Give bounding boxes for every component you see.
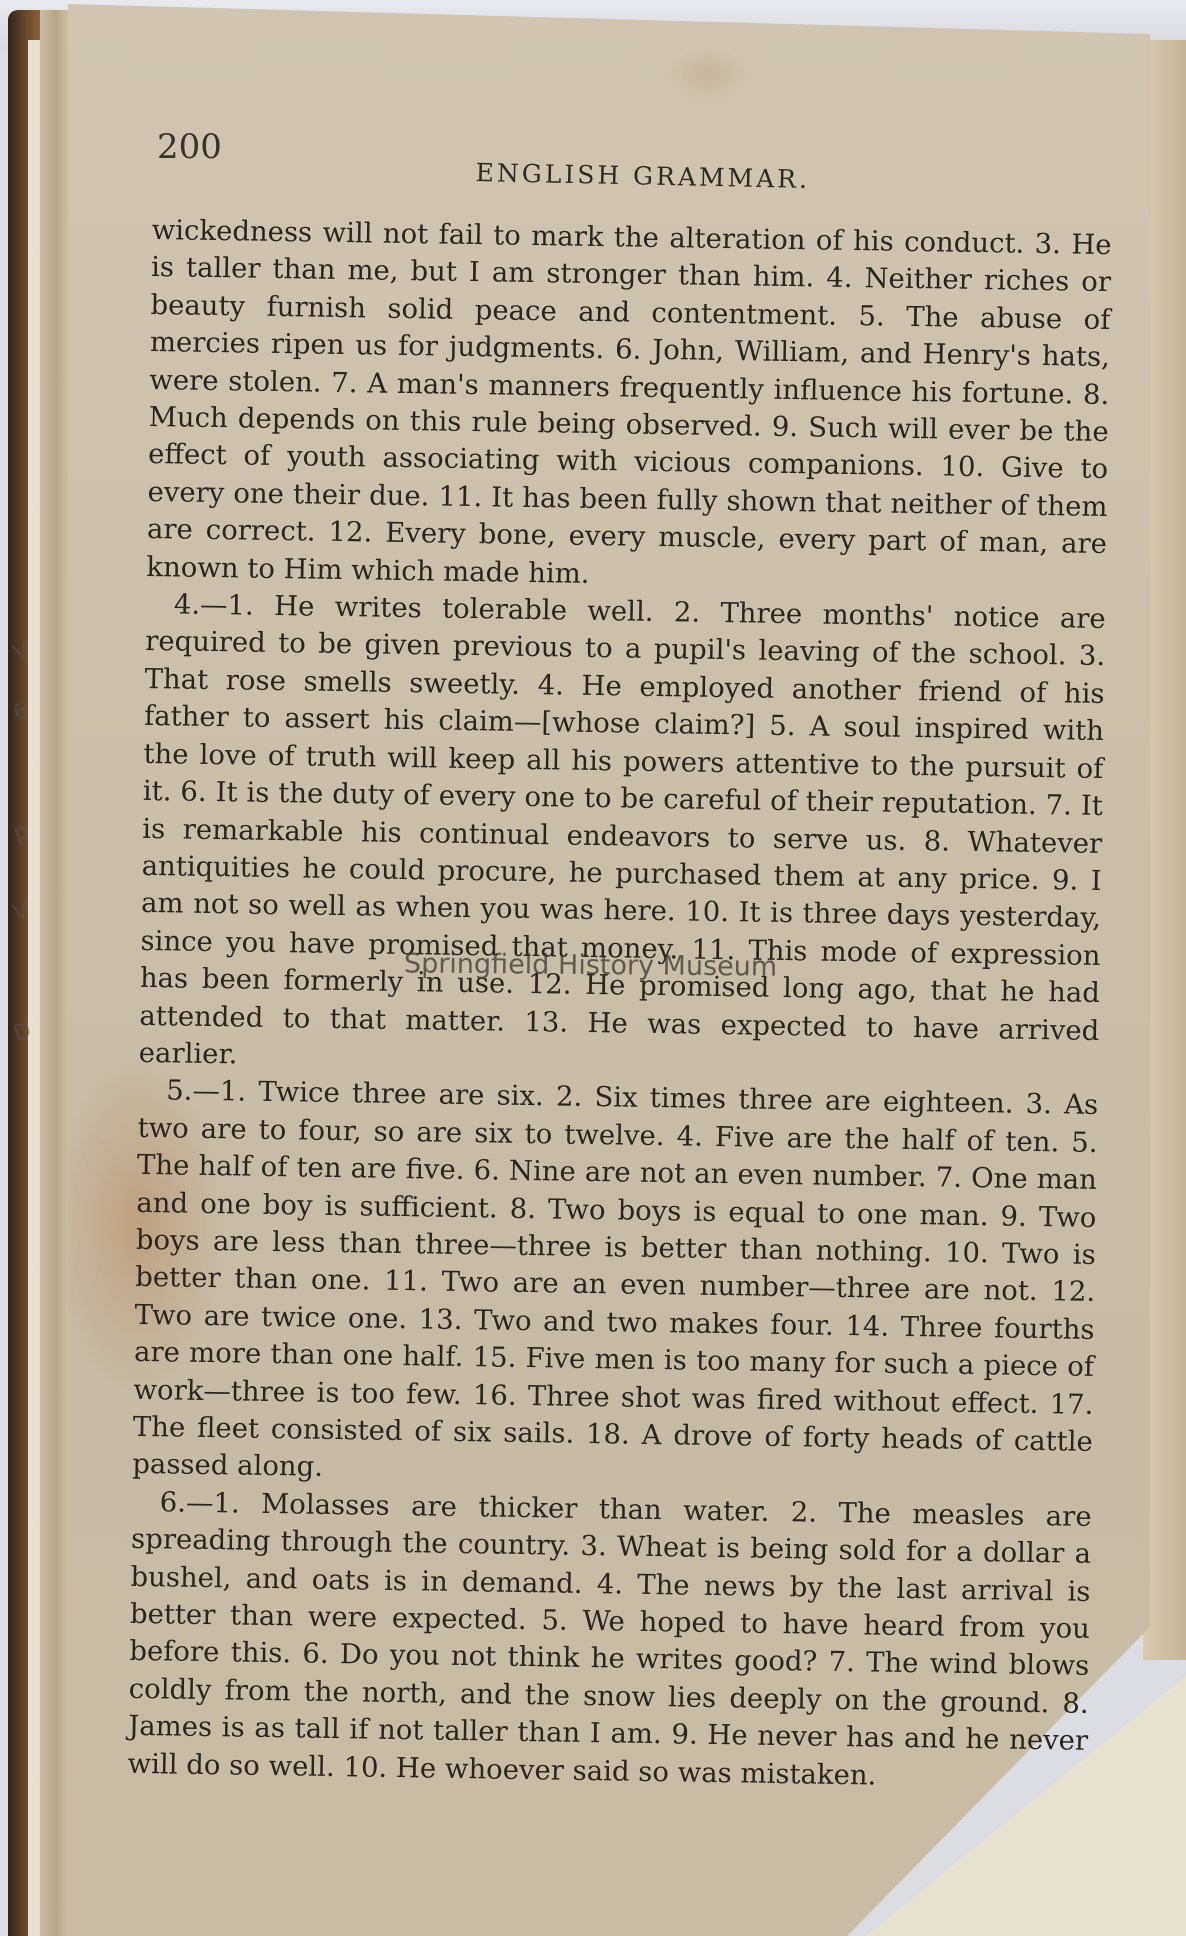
- watermark: Springfield History Museum: [404, 948, 777, 982]
- paragraph-continuation: wickedness will not fail to mark the alt…: [146, 212, 1112, 601]
- page-number: 200: [157, 127, 222, 167]
- page-body: wickedness will not fail to mark the alt…: [127, 212, 1112, 1798]
- paragraph-exercise-6: 6.—1. Molasses are thicker than water. 2…: [127, 1484, 1092, 1798]
- paragraph-exercise-5: 5.—1. Twice three are six. 2. Six times …: [132, 1072, 1098, 1498]
- paragraph-exercise-4: 4.—1. He writes tolerable well. 2. Three…: [138, 586, 1106, 1087]
